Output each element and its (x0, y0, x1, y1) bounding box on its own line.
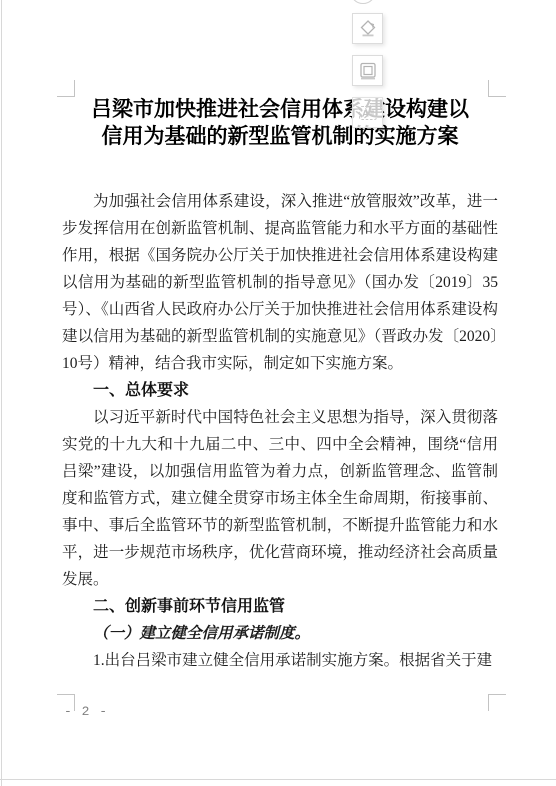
stamp-button[interactable] (352, 13, 383, 44)
page-bottom-edge (0, 779, 556, 780)
text-box-button[interactable]: A (352, 97, 383, 128)
frame-button[interactable] (352, 55, 383, 86)
crop-mark-top-right (488, 80, 506, 97)
paragraph-intro: 为加强社会信用体系建设，深入推进“放管服效”改革，进一步发挥信用在创新监管机制、… (62, 188, 498, 377)
svg-text:A: A (362, 108, 369, 119)
toolbar-button-partial-circle[interactable] (350, 0, 376, 4)
paragraph-item-1: 1.出台吕梁市建立健全信用承诺制实施方案。根据省关于建 (62, 647, 498, 674)
paragraph-overall-requirements: 以习近平新时代中国特色社会主义思想为指导，深入贯彻落实党的十九大和十九届二中、三… (62, 404, 498, 593)
crop-mark-top-left (57, 80, 75, 97)
heading-section-2: 二、创新事前环节信用监管 (62, 593, 498, 620)
stamp-icon (358, 19, 378, 39)
text-box-icon: A (358, 103, 378, 123)
page-number: - 2 - (62, 704, 110, 719)
document-page: A 吕梁市加快推进社会信用体系建设构建以 信用为基础的新型监管机制的实施方案 为… (0, 0, 556, 786)
page-left-edge (1, 0, 2, 786)
crop-mark-bottom-right (488, 694, 506, 711)
document-title-line-2: 信用为基础的新型监管机制的实施方案 (62, 123, 498, 150)
frame-icon (358, 61, 378, 81)
document-title-line-1: 吕梁市加快推进社会信用体系建设构建以 (62, 96, 498, 123)
heading-section-1: 一、总体要求 (62, 377, 498, 404)
document-title: 吕梁市加快推进社会信用体系建设构建以 信用为基础的新型监管机制的实施方案 (62, 96, 498, 150)
subheading-credit-commitment: （一）建立健全信用承诺制度。 (62, 620, 498, 647)
document-content: 吕梁市加快推进社会信用体系建设构建以 信用为基础的新型监管机制的实施方案 为加强… (62, 96, 498, 674)
